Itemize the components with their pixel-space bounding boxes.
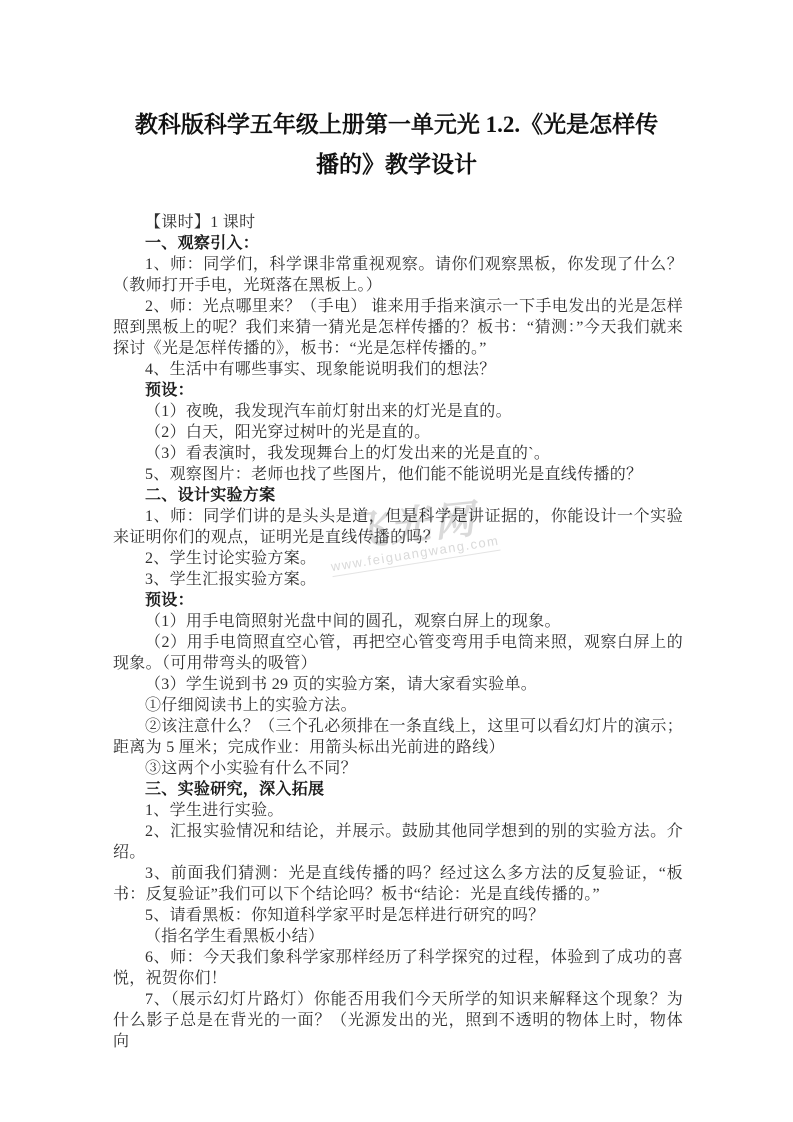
paragraph: （2）用手电筒照直空心管，再把空心管变弯用手电筒来照，观察白屏上的现象。（可用带… [113,632,683,674]
paragraph: （3）看表演时，我发现舞台上的灯发出来的光是直的`。 [113,443,683,464]
paragraph: 3、学生汇报实验方案。 [113,569,683,590]
document-page: 飞光网 www.feiguangwang.com 教科版科学五年级上册第一单元光… [0,0,793,1122]
paragraph: 5、观察图片：老师也找了些图片，他们能不能说明光是直线传播的？ [113,464,683,485]
paragraph: 4、生活中有哪些事实、现象能说明我们的想法？ [113,359,683,380]
paragraph: ③这两个小实验有什么不同？ [113,758,683,779]
section-heading: 预设： [113,590,683,611]
paragraph: 2、汇报实验情况和结论，并展示。鼓励其他同学想到的别的实验方法。介绍。 [113,821,683,863]
paragraph: （指名学生看黑板小结） [113,926,683,947]
paragraph: 2、学生讨论实验方案。 [113,548,683,569]
document-title: 教科版科学五年级上册第一单元光 1.2.《光是怎样传播的》教学设计 [100,105,693,185]
section-heading: 一、观察引入： [113,233,683,254]
paragraph: ①仔细阅读书上的实验方法。 [113,695,683,716]
section-heading: 三、实验研究，深入拓展 [113,779,683,800]
paragraph: 【课时】1 课时 [113,212,683,233]
paragraph: 2、师：光点哪里来？（手电） 谁来用手指来演示一下手电发出的光是怎样照到黑板上的… [113,296,683,359]
document-title-line1: 教科版科学五年级上册第一单元光 1.2.《光是怎样传 [135,112,658,137]
paragraph: 1、师：同学们，科学课非常重视观察。请你们观察黑板，你发现了什么？（教师打开手电… [113,254,683,296]
paragraph: 3、前面我们猜测：光是直线传播的吗？经过这么多方法的反复验证，“板书：反复验证”… [113,863,683,905]
paragraph: （1）用手电筒照射光盘中间的圆孔，观察白屏上的现象。 [113,611,683,632]
paragraph: 1、师：同学们讲的是头头是道，但是科学是讲证据的，你能设计一个实验来证明你们的观… [113,506,683,548]
paragraph: 5、请看黑板：你知道科学家平时是怎样进行研究的吗？ [113,905,683,926]
paragraph: 7、（展示幻灯片路灯）你能否用我们今天所学的知识来解释这个现象？为什么影子总是在… [113,989,683,1052]
section-heading: 预设： [113,380,683,401]
paragraph: （1）夜晚，我发现汽车前灯射出来的灯光是直的。 [113,401,683,422]
section-heading: 二、设计实验方案 [113,485,683,506]
paragraph: 1、学生进行实验。 [113,800,683,821]
paragraph: ②该注意什么？（三个孔必须排在一条直线上，这里可以看幻灯片的演示；距离为 5 厘… [113,716,683,758]
document-body: 【课时】1 课时一、观察引入：1、师：同学们，科学课非常重视观察。请你们观察黑板… [113,212,683,1052]
paragraph: （2）白天，阳光穿过树叶的光是直的。 [113,422,683,443]
paragraph: 6、师：今天我们象科学家那样经历了科学探究的过程，体验到了成功的喜悦，祝贺你们！ [113,947,683,989]
paragraph: （3）学生说到书 29 页的实验方案，请大家看实验单。 [113,674,683,695]
document-title-line2: 播的》教学设计 [316,152,477,177]
